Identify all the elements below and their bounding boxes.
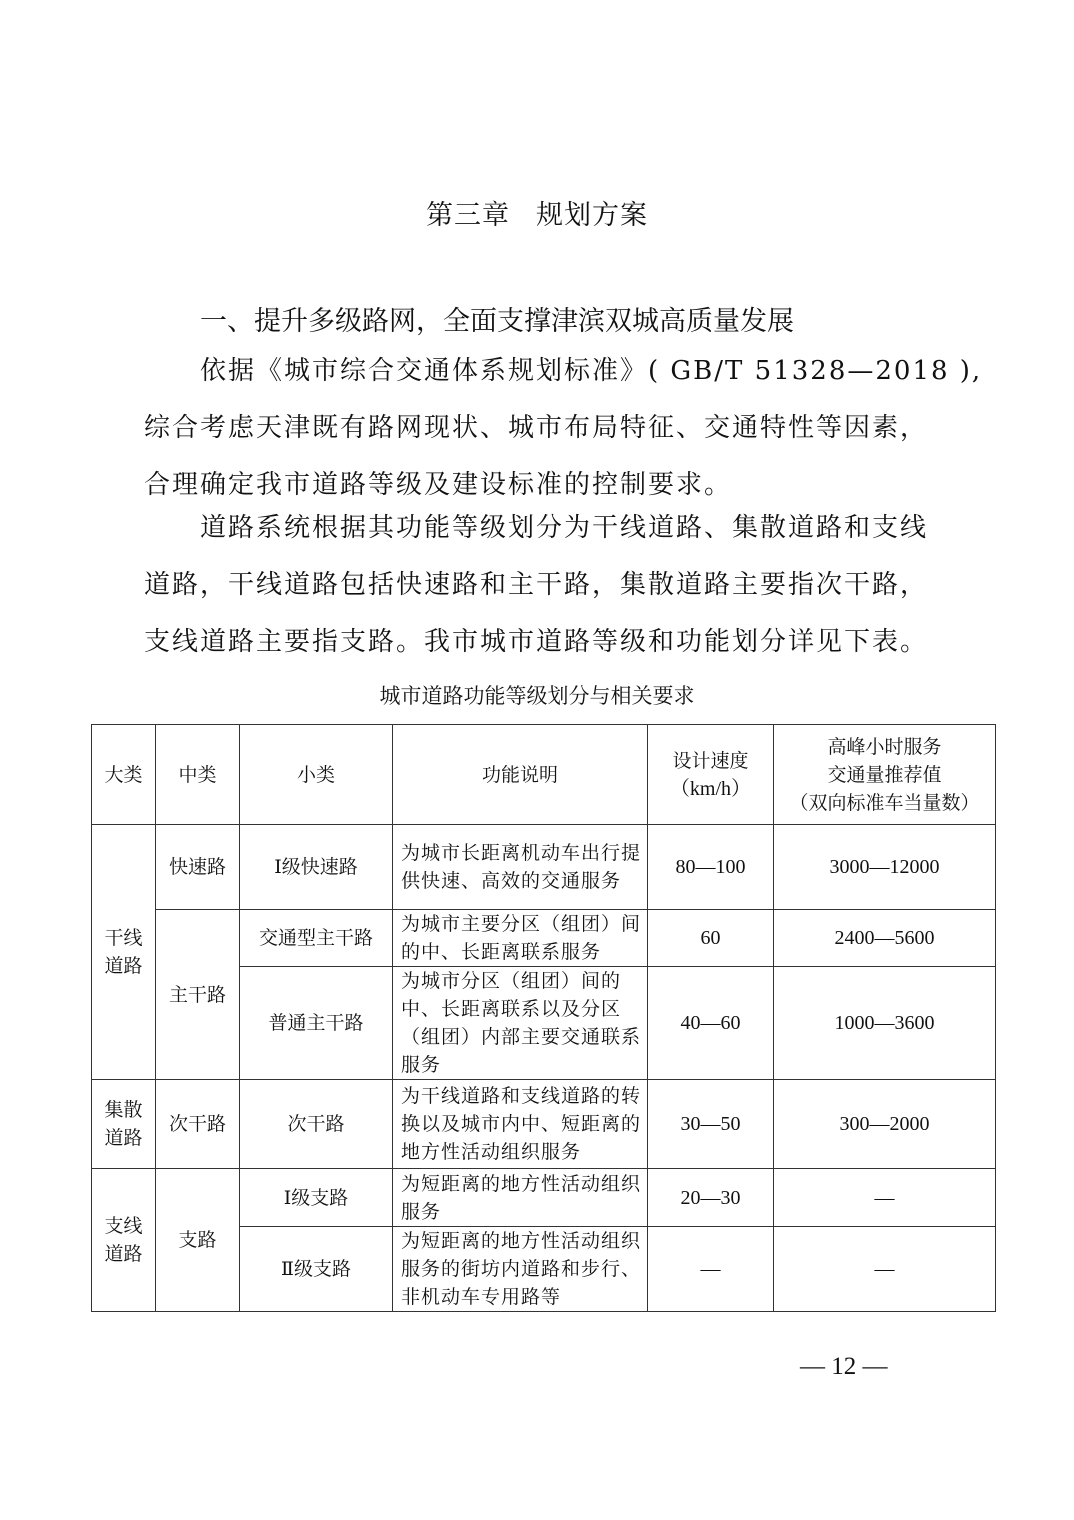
header-volume-line: 高峰小时服务: [774, 733, 995, 761]
cell-volume: 3000—12000: [774, 825, 996, 910]
cell-middle: 支路: [156, 1169, 240, 1312]
header-function: 功能说明: [393, 725, 648, 825]
cell-major-line: 道路: [104, 1127, 142, 1149]
table-row: 支线 道路 支路 Ⅰ级支路 为短距离的地方性活动组织服务 20—30 —: [92, 1169, 996, 1227]
cell-minor: 交通型主干路: [240, 910, 393, 967]
header-volume-line: （双向标准车当量数）: [774, 789, 995, 817]
cell-volume: 300—2000: [774, 1080, 996, 1169]
cell-minor: Ⅱ级支路: [240, 1227, 393, 1312]
document-page: 第三章规划方案 一、提升多级路网，全面支撑津滨双城高质量发展 依据《城市综合交通…: [0, 0, 1074, 1520]
cell-major-line: 道路: [104, 1243, 142, 1265]
header-major: 大类: [92, 725, 156, 825]
paragraph-standard-reference: 依据《城市综合交通体系规划标准》( GB/T 51328—2018 ), 综合考…: [144, 343, 944, 514]
cell-speed: —: [648, 1227, 774, 1312]
table-row: 干线 道路 快速路 Ⅰ级快速路 为城市长距离机动车出行提供快速、高效的交通服务 …: [92, 825, 996, 910]
header-volume: 高峰小时服务 交通量推荐值 （双向标准车当量数）: [774, 725, 996, 825]
cell-minor: Ⅰ级支路: [240, 1169, 393, 1227]
paragraph-line: 道路系统根据其功能等级划分为干线道路、集散道路和支线: [144, 500, 944, 557]
cell-minor: 次干路: [240, 1080, 393, 1169]
cell-function: 为城市分区（组团）间的中、长距离联系以及分区（组团）内部主要交通联系服务: [393, 967, 648, 1080]
chapter-number: 第三章: [426, 200, 510, 231]
cell-major: 干线 道路: [92, 825, 156, 1080]
paragraph-line: 道路，干线道路包括快速路和主干路，集散道路主要指次干路，: [144, 557, 944, 614]
cell-volume: —: [774, 1169, 996, 1227]
cell-speed: 80—100: [648, 825, 774, 910]
table-header-row: 大类 中类 小类 功能说明 设计速度 （km/h） 高峰小时服务 交通量推荐值 …: [92, 725, 996, 825]
table-row: 集散 道路 次干路 次干路 为干线道路和支线道路的转换以及城市内中、短距离的地方…: [92, 1080, 996, 1169]
cell-middle: 次干路: [156, 1080, 240, 1169]
cell-major: 集散 道路: [92, 1080, 156, 1169]
cell-minor: Ⅰ级快速路: [240, 825, 393, 910]
cell-volume: —: [774, 1227, 996, 1312]
cell-volume: 2400—5600: [774, 910, 996, 967]
cell-speed: 60: [648, 910, 774, 967]
cell-function: 为短距离的地方性活动组织服务的街坊内道路和步行、非机动车专用路等: [393, 1227, 648, 1312]
header-speed: 设计速度 （km/h）: [648, 725, 774, 825]
chapter-title: 第三章规划方案: [0, 196, 1074, 236]
cell-function: 为城市主要分区（组团）间的中、长距离联系服务: [393, 910, 648, 967]
header-middle: 中类: [156, 725, 240, 825]
paragraph-line: 支线道路主要指支路。我市城市道路等级和功能划分详见下表。: [144, 614, 944, 671]
paragraph-line: 依据《城市综合交通体系规划标准》( GB/T 51328—2018 ),: [144, 343, 944, 400]
chapter-name: 规划方案: [536, 200, 648, 231]
page-number: — 12 —: [800, 1350, 888, 1384]
header-speed-label: 设计速度: [648, 747, 773, 775]
cell-middle: 快速路: [156, 825, 240, 910]
cell-function: 为城市长距离机动车出行提供快速、高效的交通服务: [393, 825, 648, 910]
header-speed-unit: （km/h）: [648, 775, 773, 803]
cell-minor: 普通主干路: [240, 967, 393, 1080]
section-heading: 一、提升多级路网，全面支撑津滨双城高质量发展: [200, 302, 794, 342]
cell-function: 为短距离的地方性活动组织服务: [393, 1169, 648, 1227]
cell-speed: 30—50: [648, 1080, 774, 1169]
paragraph-road-system: 道路系统根据其功能等级划分为干线道路、集散道路和支线 道路，干线道路包括快速路和…: [144, 500, 944, 671]
table-row: 主干路 交通型主干路 为城市主要分区（组团）间的中、长距离联系服务 60 240…: [92, 910, 996, 967]
cell-middle: 主干路: [156, 910, 240, 1080]
paragraph-line: 综合考虑天津既有路网现状、城市布局特征、交通特性等因素，: [144, 400, 944, 457]
cell-volume: 1000—3600: [774, 967, 996, 1080]
road-classification-table: 大类 中类 小类 功能说明 设计速度 （km/h） 高峰小时服务 交通量推荐值 …: [91, 724, 996, 1312]
cell-major-line: 支线: [104, 1215, 142, 1237]
table-caption: 城市道路功能等级划分与相关要求: [0, 680, 1074, 712]
cell-speed: 20—30: [648, 1169, 774, 1227]
cell-function: 为干线道路和支线道路的转换以及城市内中、短距离的地方性活动组织服务: [393, 1080, 648, 1169]
header-minor: 小类: [240, 725, 393, 825]
cell-speed: 40—60: [648, 967, 774, 1080]
cell-major-line: 干线: [104, 927, 142, 949]
cell-major-line: 集散: [104, 1099, 142, 1121]
header-volume-line: 交通量推荐值: [774, 761, 995, 789]
cell-major-line: 道路: [104, 955, 142, 977]
cell-major: 支线 道路: [92, 1169, 156, 1312]
